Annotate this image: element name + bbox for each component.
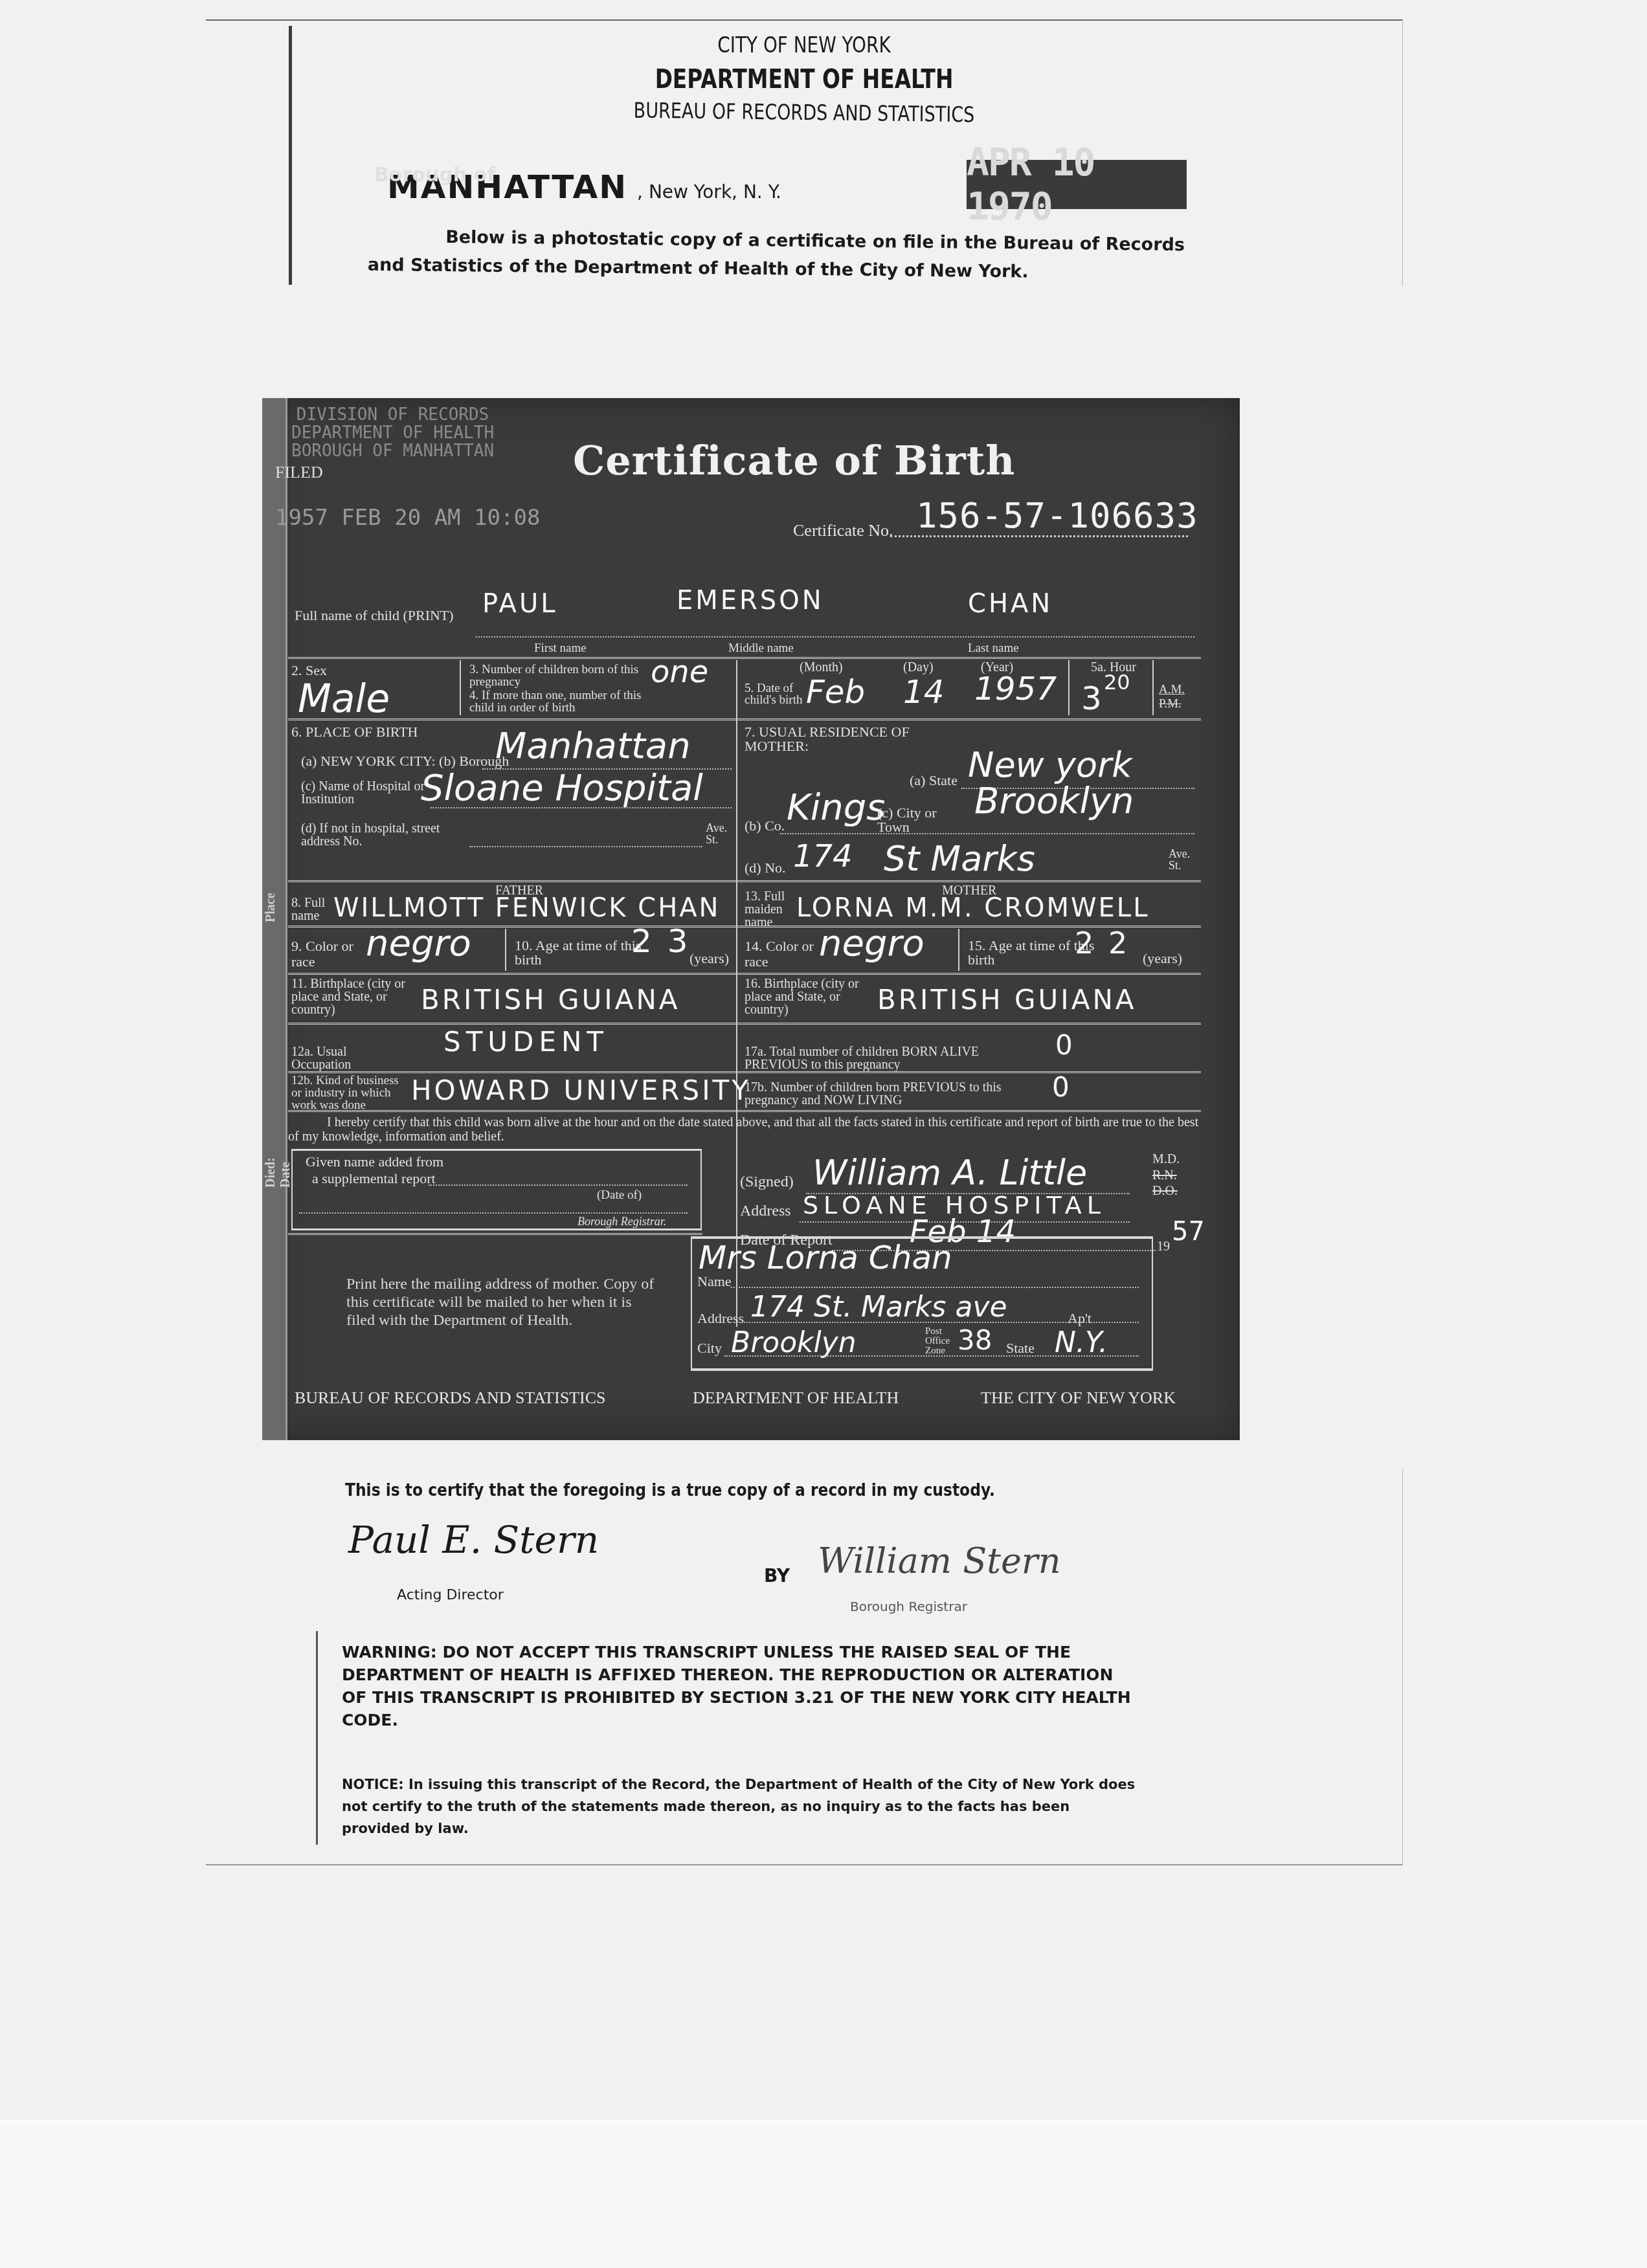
section-divider — [288, 973, 1201, 975]
center-divider — [736, 660, 737, 1327]
section-divider — [288, 657, 1201, 659]
birth-minute: 20 — [1104, 670, 1130, 695]
name-dotted-line — [476, 636, 1194, 638]
borough-label: Borough of — [374, 168, 495, 183]
residence-number: 174 — [793, 838, 853, 874]
birth-certificate: Place Died: Date DIVISION OF RECORDS DEP… — [262, 398, 1240, 1440]
certificate-number-label: Certificate No. — [793, 521, 893, 540]
day-label: (Day) — [903, 660, 934, 674]
place-of-birth-heading: 6. PLACE OF BIRTH — [291, 725, 418, 739]
mailing-address-box: Mrs Lorna Chan Name 174 St. Marks ave Ad… — [691, 1236, 1153, 1371]
middle-name-label: Middle name — [728, 641, 794, 656]
child-first-name: PAUL — [482, 589, 558, 619]
physician-signature: William A. Little — [812, 1152, 1087, 1193]
borough-registrar-label: Borough Registrar. — [577, 1214, 666, 1228]
filed-timestamp: 1957 FEB 20 AM 10:08 — [275, 505, 540, 531]
father-age-label: 10. Age at time of this birth — [515, 939, 644, 967]
child-name-label: Full name of child (PRINT) — [295, 608, 454, 623]
header-department: DEPARTMENT OF HEALTH — [313, 65, 1294, 94]
father-race-label: 9. Color or race — [291, 939, 363, 970]
number-label: (d) No. — [745, 861, 786, 875]
mailing-address-label: Address — [697, 1311, 744, 1326]
residence-county: Kings — [787, 786, 886, 828]
mailing-zone: 38 — [958, 1324, 992, 1356]
registrar-title: Borough Registrar — [850, 1599, 967, 1614]
father-name: WILLMOTT FENWICK CHAN — [333, 893, 721, 923]
street-address-label: (d) If not in hospital, street address N… — [301, 822, 469, 848]
do-title: D.O. — [1152, 1184, 1178, 1198]
mailing-city: Brooklyn — [731, 1326, 857, 1359]
mother-birthplace: BRITISH GUIANA — [877, 984, 1137, 1016]
sex-value: Male — [298, 676, 390, 722]
mailing-city-label: City — [697, 1341, 722, 1355]
dotted-line — [299, 1212, 688, 1214]
stamp-line: DEPARTMENT OF HEALTH — [291, 424, 494, 442]
address-label: Address — [740, 1204, 791, 1218]
photostat-statement: Below is a photostatic copy of a certifi… — [368, 223, 1378, 290]
mailing-instructions: Print here the mailing address of mother… — [346, 1275, 657, 1329]
first-name-label: First name — [534, 641, 587, 656]
apt-label: Ap't — [1068, 1311, 1092, 1326]
children-born-label: 3. Number of children born of this pregn… — [469, 663, 651, 688]
notice-text: NOTICE: In issuing this transcript of th… — [342, 1773, 1138, 1840]
residence-city: Brooklyn — [974, 780, 1134, 822]
residence-heading: 7. USUAL RESIDENCE OF MOTHER: — [745, 725, 913, 753]
rn-title: R.N. — [1152, 1168, 1177, 1183]
hospital-label: (c) Name of Hospital or Institution — [301, 780, 431, 806]
md-title: M.D. — [1152, 1152, 1180, 1166]
nyc-borough-label: (a) NEW YORK CITY: (b) Borough — [301, 754, 509, 768]
mailing-state-label: State — [1006, 1341, 1035, 1355]
mother-age: 2 2 — [1075, 926, 1130, 961]
transcript-header: CITY OF NEW YORK DEPARTMENT OF HEALTH BU… — [206, 19, 1403, 286]
footer-bureau: BUREAU OF RECORDS AND STATISTICS — [295, 1388, 605, 1408]
residence-state: New york — [968, 744, 1132, 785]
dotted-line — [780, 833, 1194, 834]
am-label: A.M. — [1159, 683, 1185, 697]
dob-year: 1957 — [974, 670, 1057, 707]
signed-label: (Signed) — [740, 1175, 794, 1189]
mother-race: negro — [819, 922, 924, 964]
ave-st-label: Ave. St. — [706, 822, 732, 845]
hospital-name: Sloane Hospital — [421, 767, 703, 809]
header-city: CITY OF NEW YORK — [313, 32, 1294, 58]
now-living-count: 0 — [1052, 1071, 1070, 1103]
attestation-text: I hereby certify that this child was bor… — [288, 1115, 1201, 1144]
father-birthplace: BRITISH GUIANA — [421, 984, 680, 1016]
city-town-label: (c) City or Town — [877, 806, 968, 834]
month-label: (Month) — [800, 660, 843, 674]
by-label: BY — [764, 1565, 790, 1586]
father-business: HOWARD UNIVERSITY — [411, 1074, 751, 1106]
mother-name-label: 13. Full maiden name — [745, 890, 793, 929]
stamp-line: DIVISION OF RECORDS — [291, 406, 494, 424]
mother-years-label: (years) — [1143, 951, 1182, 966]
date-of-label: (Date of) — [597, 1188, 642, 1203]
section-divider — [288, 718, 1201, 720]
margin-strip: Place Died: Date — [262, 398, 287, 1440]
father-race: negro — [366, 922, 471, 964]
dotted-line — [744, 1322, 1139, 1323]
birth-borough: Manhattan — [495, 725, 691, 767]
birth-order-label: 4. If more than one, number of this chil… — [469, 689, 651, 714]
section-divider — [288, 880, 1201, 882]
section-divider — [288, 1023, 1201, 1025]
sex-label: 2. Sex — [291, 663, 327, 678]
mailing-name-label: Name — [697, 1274, 732, 1289]
father-occupation: STUDENT — [443, 1026, 609, 1058]
born-alive-count: 0 — [1055, 1029, 1073, 1061]
business-label: 12b. Kind of business or industry in whi… — [291, 1074, 408, 1111]
father-name-label: 8. Full name — [291, 896, 337, 922]
city-state: , New York, N. Y. — [637, 181, 781, 203]
dotted-line — [731, 1287, 1139, 1288]
filed-label: FILED — [275, 463, 323, 482]
margin-label-place: Place — [263, 893, 278, 922]
column-divider — [505, 929, 506, 971]
father-birthplace-label: 11. Birthplace (city or place and State,… — [291, 977, 421, 1016]
mother-birthplace-label: 16. Birthplace (city or place and State,… — [745, 977, 874, 1016]
transcript-certification: This is to certify that the foregoing is… — [206, 1469, 1403, 1865]
column-divider — [958, 929, 959, 971]
lower-border — [316, 1631, 318, 1845]
true-copy-statement: This is to certify that the foregoing is… — [345, 1481, 995, 1500]
mailing-address: 174 St. Marks ave — [750, 1291, 1007, 1324]
director-title: Acting Director — [397, 1587, 504, 1603]
dotted-line — [429, 1184, 688, 1186]
mailing-name: Mrs Lorna Chan — [699, 1239, 952, 1276]
mailing-state: N.Y. — [1055, 1326, 1108, 1359]
now-living-label: 17b. Number of children born PREVIOUS to… — [745, 1081, 1003, 1107]
column-divider — [1068, 660, 1070, 715]
report-year: 57 — [1172, 1217, 1205, 1247]
director-signature: Paul E. Stern — [348, 1518, 599, 1562]
father-years-label: (years) — [689, 951, 729, 966]
header-border — [289, 26, 292, 285]
division-stamp: DIVISION OF RECORDS DEPARTMENT OF HEALTH… — [291, 406, 494, 460]
dob-month: Feb — [806, 673, 865, 711]
birth-hour: 3 — [1081, 680, 1102, 717]
ave-st-label: Ave. St. — [1169, 848, 1194, 871]
footer-city: THE CITY OF NEW YORK — [981, 1388, 1176, 1408]
county-label: (b) Co. — [745, 819, 785, 833]
dotted-line — [431, 807, 732, 808]
dob-day: 14 — [903, 673, 945, 711]
mother-name: LORNA M.M. CROMWELL — [796, 893, 1149, 923]
supplemental-label-2: a supplemental report — [312, 1172, 436, 1186]
born-alive-label: 17a. Total number of children BORN ALIVE… — [745, 1045, 1003, 1071]
father-age: 2 3 — [631, 922, 691, 960]
state-label: (a) State — [910, 773, 958, 788]
borough-line: Borough of MANHATTAN , New York, N. Y. — [374, 168, 781, 206]
column-divider — [1152, 660, 1154, 715]
dob-label: 5. Date of child's birth — [745, 683, 803, 706]
dotted-line — [469, 846, 702, 847]
supplemental-label-1: Given name added from — [306, 1155, 443, 1169]
child-last-name: CHAN — [968, 589, 1053, 619]
section-divider — [288, 1110, 1201, 1112]
mother-race-label: 14. Color or race — [745, 939, 816, 970]
report-year-prefix: 19 — [1157, 1240, 1170, 1254]
occupation-label: 12a. Usual Occupation — [291, 1045, 382, 1071]
children-born-value: one — [651, 654, 708, 690]
scan-background-bottom — [0, 2120, 1647, 2268]
column-divider — [460, 660, 461, 715]
certificate-title: Certificate of Birth — [573, 437, 1015, 484]
child-middle-name: EMERSON — [677, 586, 824, 616]
certificate-number: 156-57-106633 — [916, 495, 1198, 536]
registrar-signature: William Stern — [818, 1540, 1060, 1581]
warning-text: WARNING: DO NOT ACCEPT THIS TRANSCRIPT U… — [342, 1641, 1138, 1731]
pm-label: P.M. — [1159, 697, 1182, 711]
footer-department: DEPARTMENT OF HEALTH — [693, 1388, 899, 1408]
issue-date-stamp: APR 10 1970 — [967, 160, 1187, 209]
residence-street: St Marks — [884, 838, 1035, 879]
stamp-line: BOROUGH OF MANHATTAN — [291, 442, 494, 460]
supplemental-box: Given name added from a supplemental rep… — [291, 1149, 702, 1230]
last-name-label: Last name — [968, 641, 1019, 656]
margin-label-died: Died: Date — [263, 1157, 293, 1188]
dotted-line — [724, 1355, 1139, 1357]
header-bureau: BUREAU OF RECORDS AND STATISTICS — [313, 93, 1295, 131]
section-divider — [288, 1233, 702, 1235]
